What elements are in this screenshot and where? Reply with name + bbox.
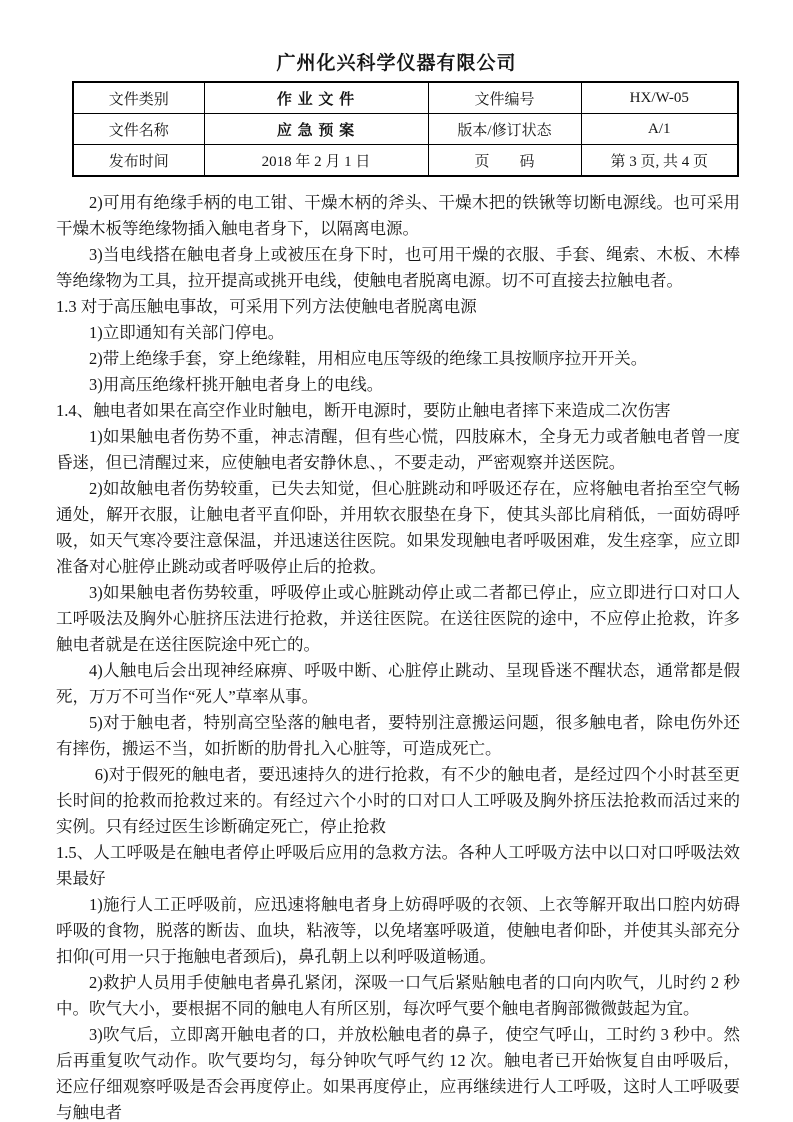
version-status-value: A/1 (581, 114, 738, 145)
body-paragraph: 2)如故触电者伤势较重，已失去知觉，但心脏跳动和呼吸还存在，应将触电者抬至空气畅… (56, 476, 740, 580)
doc-type-value: 作 业 文 件 (204, 82, 428, 114)
body-paragraph: 3)如果触电者伤势较重，呼吸停止或心脏跳动停止或二者都已停止，应立即进行口对口人… (56, 580, 740, 658)
body-paragraph: 2)带上绝缘手套，穿上绝缘鞋，用相应电压等级的绝缘工具按顺序拉开开关。 (56, 346, 740, 372)
doc-name-label: 文件名称 (73, 114, 204, 145)
version-status-label: 版本/修订状态 (428, 114, 581, 145)
table-row: 文件类别 作 业 文 件 文件编号 HX/W-05 (73, 82, 738, 114)
document-header-table: 文件类别 作 业 文 件 文件编号 HX/W-05 文件名称 应 急 预 案 版… (72, 81, 739, 177)
doc-type-label: 文件类别 (73, 82, 204, 114)
body-paragraph: 6)对于假死的触电者，要迅速持久的进行抢救，有不少的触电者，是经过四个小时甚至更… (56, 762, 740, 840)
publish-date-value: 2018 年 2 月 1 日 (204, 145, 428, 177)
body-paragraph: 3)用高压绝缘杆挑开触电者身上的电线。 (56, 372, 740, 398)
doc-name-value: 应 急 预 案 (204, 114, 428, 145)
body-paragraph: 2)救护人员用手使触电者鼻孔紧闭，深吸一口气后紧贴触电者的口向内吹气，儿时约 2… (56, 970, 740, 1022)
body-paragraph: 1)如果触电者伤势不重，神志清醒，但有些心慌，四肢麻木，全身无力或者触电者曾一度… (56, 424, 740, 476)
page-title: 广州化兴科学仪器有限公司 (0, 0, 793, 76)
document-page: 广州化兴科学仪器有限公司 文件类别 作 业 文 件 文件编号 HX/W-05 文… (0, 0, 793, 1122)
page-number-label: 页 码 (428, 145, 581, 177)
body-paragraph: 3)当电线搭在触电者身上或被压在身下时，也可用干燥的衣服、手套、绳索、木板、木棒… (56, 242, 740, 294)
doc-number-label: 文件编号 (428, 82, 581, 114)
body-paragraph: 4)人触电后会出现神经麻痹、呼吸中断、心脏停止跳动、呈现昏迷不醒状态，通常都是假… (56, 658, 740, 710)
table-row: 发布时间 2018 年 2 月 1 日 页 码 第 3 页, 共 4 页 (73, 145, 738, 177)
table-row: 文件名称 应 急 预 案 版本/修订状态 A/1 (73, 114, 738, 145)
section-heading: 1.5、人工呼吸是在触电者停止呼吸后应用的急救方法。各种人工呼吸方法中以口对口呼… (56, 840, 740, 892)
body-paragraph: 3)吹气后，立即离开触电者的口，并放松触电者的鼻子，使空气呼山，工时约 3 秒中… (56, 1022, 740, 1122)
page-number-value: 第 3 页, 共 4 页 (581, 145, 738, 177)
publish-date-label: 发布时间 (73, 145, 204, 177)
body-paragraph: 5)对于触电者，特别高空坠落的触电者，要特别注意搬运问题，很多触电者，除电伤外还… (56, 710, 740, 762)
doc-number-value: HX/W-05 (581, 82, 738, 114)
section-heading: 1.3 对于高压触电事故，可采用下列方法使触电者脱离电源 (56, 294, 740, 320)
document-body: 2)可用有绝缘手柄的电工钳、干燥木柄的斧头、干燥木把的铁锹等切断电源线。也可采用… (56, 190, 740, 1122)
section-heading: 1.4、触电者如果在高空作业时触电，断开电源时，要防止触电者摔下来造成二次伤害 (56, 398, 740, 424)
body-paragraph: 1)立即通知有关部门停电。 (56, 320, 740, 346)
body-paragraph: 1)施行人工正呼吸前，应迅速将触电者身上妨碍呼吸的衣领、上衣等解开取出口腔内妨碍… (56, 892, 740, 970)
body-paragraph: 2)可用有绝缘手柄的电工钳、干燥木柄的斧头、干燥木把的铁锹等切断电源线。也可采用… (56, 190, 740, 242)
